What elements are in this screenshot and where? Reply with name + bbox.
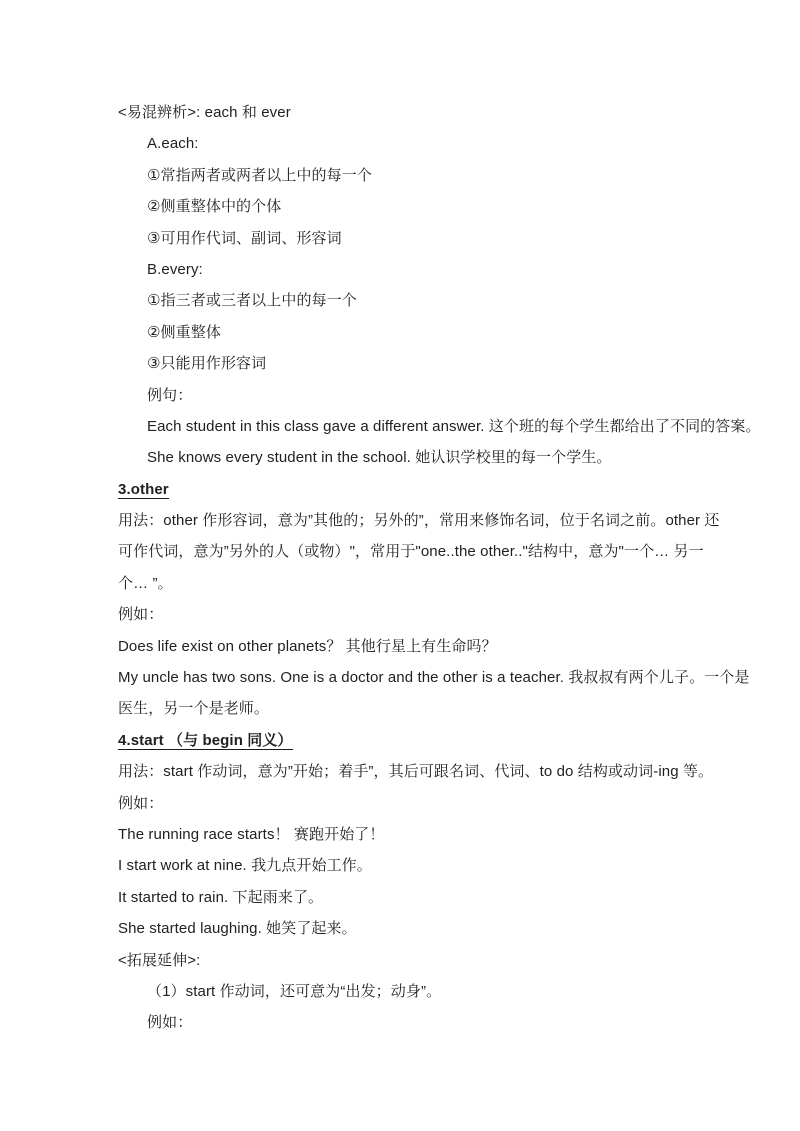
section-4-heading: 4.start （与 begin 同义） (118, 732, 293, 750)
confusable-analysis-heading: <易混辨析>: each 和 ever (118, 97, 690, 128)
example-label: 例如： (118, 788, 690, 819)
section-4-heading: 4.start （与 begin 同义） (118, 725, 690, 756)
example-sentence: She started laughing. 她笑了起来。 (118, 913, 690, 944)
example-sentence: The running race starts！ 赛跑开始了！ (118, 819, 690, 850)
example-sentence-line: My uncle has two sons. One is a doctor a… (118, 662, 690, 693)
document-body: <易混辨析>: each 和 everA.each:①常指两者或两者以上中的每一… (118, 97, 690, 1039)
each-point-2: ②侧重整体中的个体 (118, 191, 690, 222)
item-b-every: B.every: (118, 254, 690, 285)
usage-paragraph-line: 个… ”。 (118, 568, 690, 599)
each-point-1: ①常指两者或两者以上中的每一个 (118, 160, 690, 191)
item-a-each: A.each: (118, 128, 690, 159)
example-label: 例句： (118, 380, 690, 411)
usage-paragraph-line: 用法：start 作动词，意为”开始；着手”，其后可跟名词、代词、to do 结… (118, 756, 690, 787)
section-3-heading: 3.other (118, 474, 690, 505)
example-label: 例如： (118, 599, 690, 630)
every-point-2: ②侧重整体 (118, 317, 690, 348)
example-sentence: Does life exist on other planets？ 其他行星上有… (118, 631, 690, 662)
extension-point-1: （1）start 作动词，还可意为“出发；动身”。 (118, 976, 690, 1007)
usage-paragraph-line: 可作代词，意为”另外的人（或物）"，常用于"one..the other.."结… (118, 536, 690, 567)
example-label: 例如： (118, 1007, 690, 1038)
each-point-3: ③可用作代词、副词、形容词 (118, 223, 690, 254)
example-sentence: I start work at nine. 我九点开始工作。 (118, 850, 690, 881)
every-point-1: ①指三者或三者以上中的每一个 (118, 285, 690, 316)
example-sentence: She knows every student in the school. 她… (118, 442, 690, 473)
extension-heading: <拓展延伸>: (118, 945, 690, 976)
example-sentence: It started to rain. 下起雨来了。 (118, 882, 690, 913)
document-page: <易混辨析>: each 和 everA.each:①常指两者或两者以上中的每一… (0, 0, 800, 1131)
example-sentence: Each student in this class gave a differ… (118, 411, 690, 442)
section-3-heading: 3.other (118, 481, 169, 499)
usage-paragraph-line: 用法：other 作形容词，意为”其他的；另外的”，常用来修饰名词，位于名词之前… (118, 505, 690, 536)
example-sentence-line: 医生，另一个是老师。 (118, 693, 690, 724)
every-point-3: ③只能用作形容词 (118, 348, 690, 379)
